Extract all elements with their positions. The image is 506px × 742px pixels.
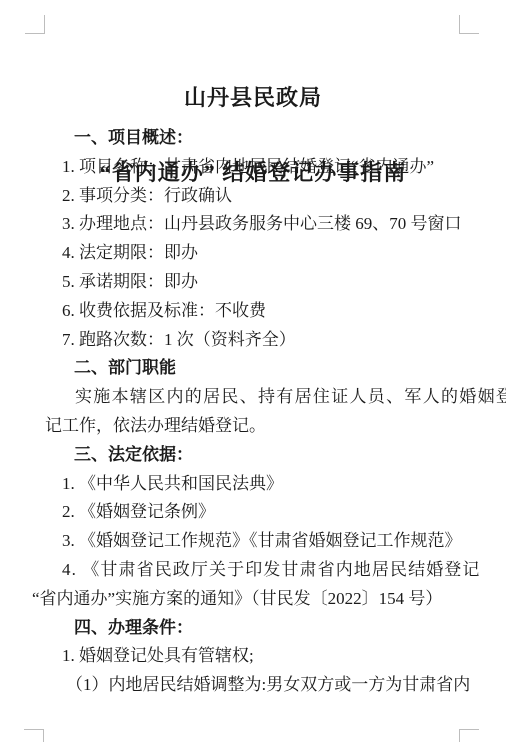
text-line: 四、办理条件： <box>44 614 484 643</box>
text-line: 二、部门职能 <box>44 354 484 383</box>
text-line: 1. 项目名称：甘肃省内地居民结婚登记“省内通办” <box>44 153 484 182</box>
text-line: 4. 法定期限：即办 <box>44 239 484 268</box>
document-title-line1: 山丹县民政局 <box>0 85 506 110</box>
text-line: 4. 《甘肃省民政厅关于印发甘肃省内地居民结婚登记 <box>44 556 484 585</box>
margin-mark-bottom-right-icon <box>459 729 479 742</box>
text-line: 实施本辖区内的居民、持有居住证人员、军人的婚姻登 <box>44 383 484 412</box>
text-line: （1）内地居民结婚调整为:男女双方或一方为甘肃省内 <box>44 671 484 700</box>
text-line: 2. 事项分类：行政确认 <box>44 182 484 211</box>
margin-mark-bottom-left-icon <box>24 729 44 742</box>
text-line: 7. 跑路次数：1 次（资料齐全） <box>44 326 484 355</box>
text-line: 5. 承诺期限：即办 <box>44 268 484 297</box>
text-line: 记工作，依法办理结婚登记。 <box>44 412 484 441</box>
text-line: 三、法定依据： <box>44 441 484 470</box>
text-line: 3. 《婚姻登记工作规范》《甘肃省婚姻登记工作规范》 <box>44 527 484 556</box>
text-line: “省内通办”实施方案的通知》（甘民发〔2022〕154 号） <box>32 585 484 614</box>
document-body: 一、项目概述：1. 项目名称：甘肃省内地居民结婚登记“省内通办”2. 事项分类：… <box>44 124 484 700</box>
text-line: 6. 收费依据及标准：不收费 <box>44 297 484 326</box>
document-page: 山丹县民政局 “省内通办” 结婚登记办事指南 一、项目概述：1. 项目名称：甘肃… <box>0 0 506 742</box>
margin-mark-top-right-icon <box>459 15 479 34</box>
margin-mark-top-left-icon <box>25 15 45 34</box>
text-line: 2. 《婚姻登记条例》 <box>44 498 484 527</box>
text-line: 3. 办理地点：山丹县政务服务中心三楼 69、70 号窗口 <box>44 210 484 239</box>
text-line: 一、项目概述： <box>44 124 484 153</box>
text-line: 1. 婚姻登记处具有管辖权; <box>44 642 484 671</box>
text-line: 1. 《中华人民共和国民法典》 <box>44 470 484 499</box>
